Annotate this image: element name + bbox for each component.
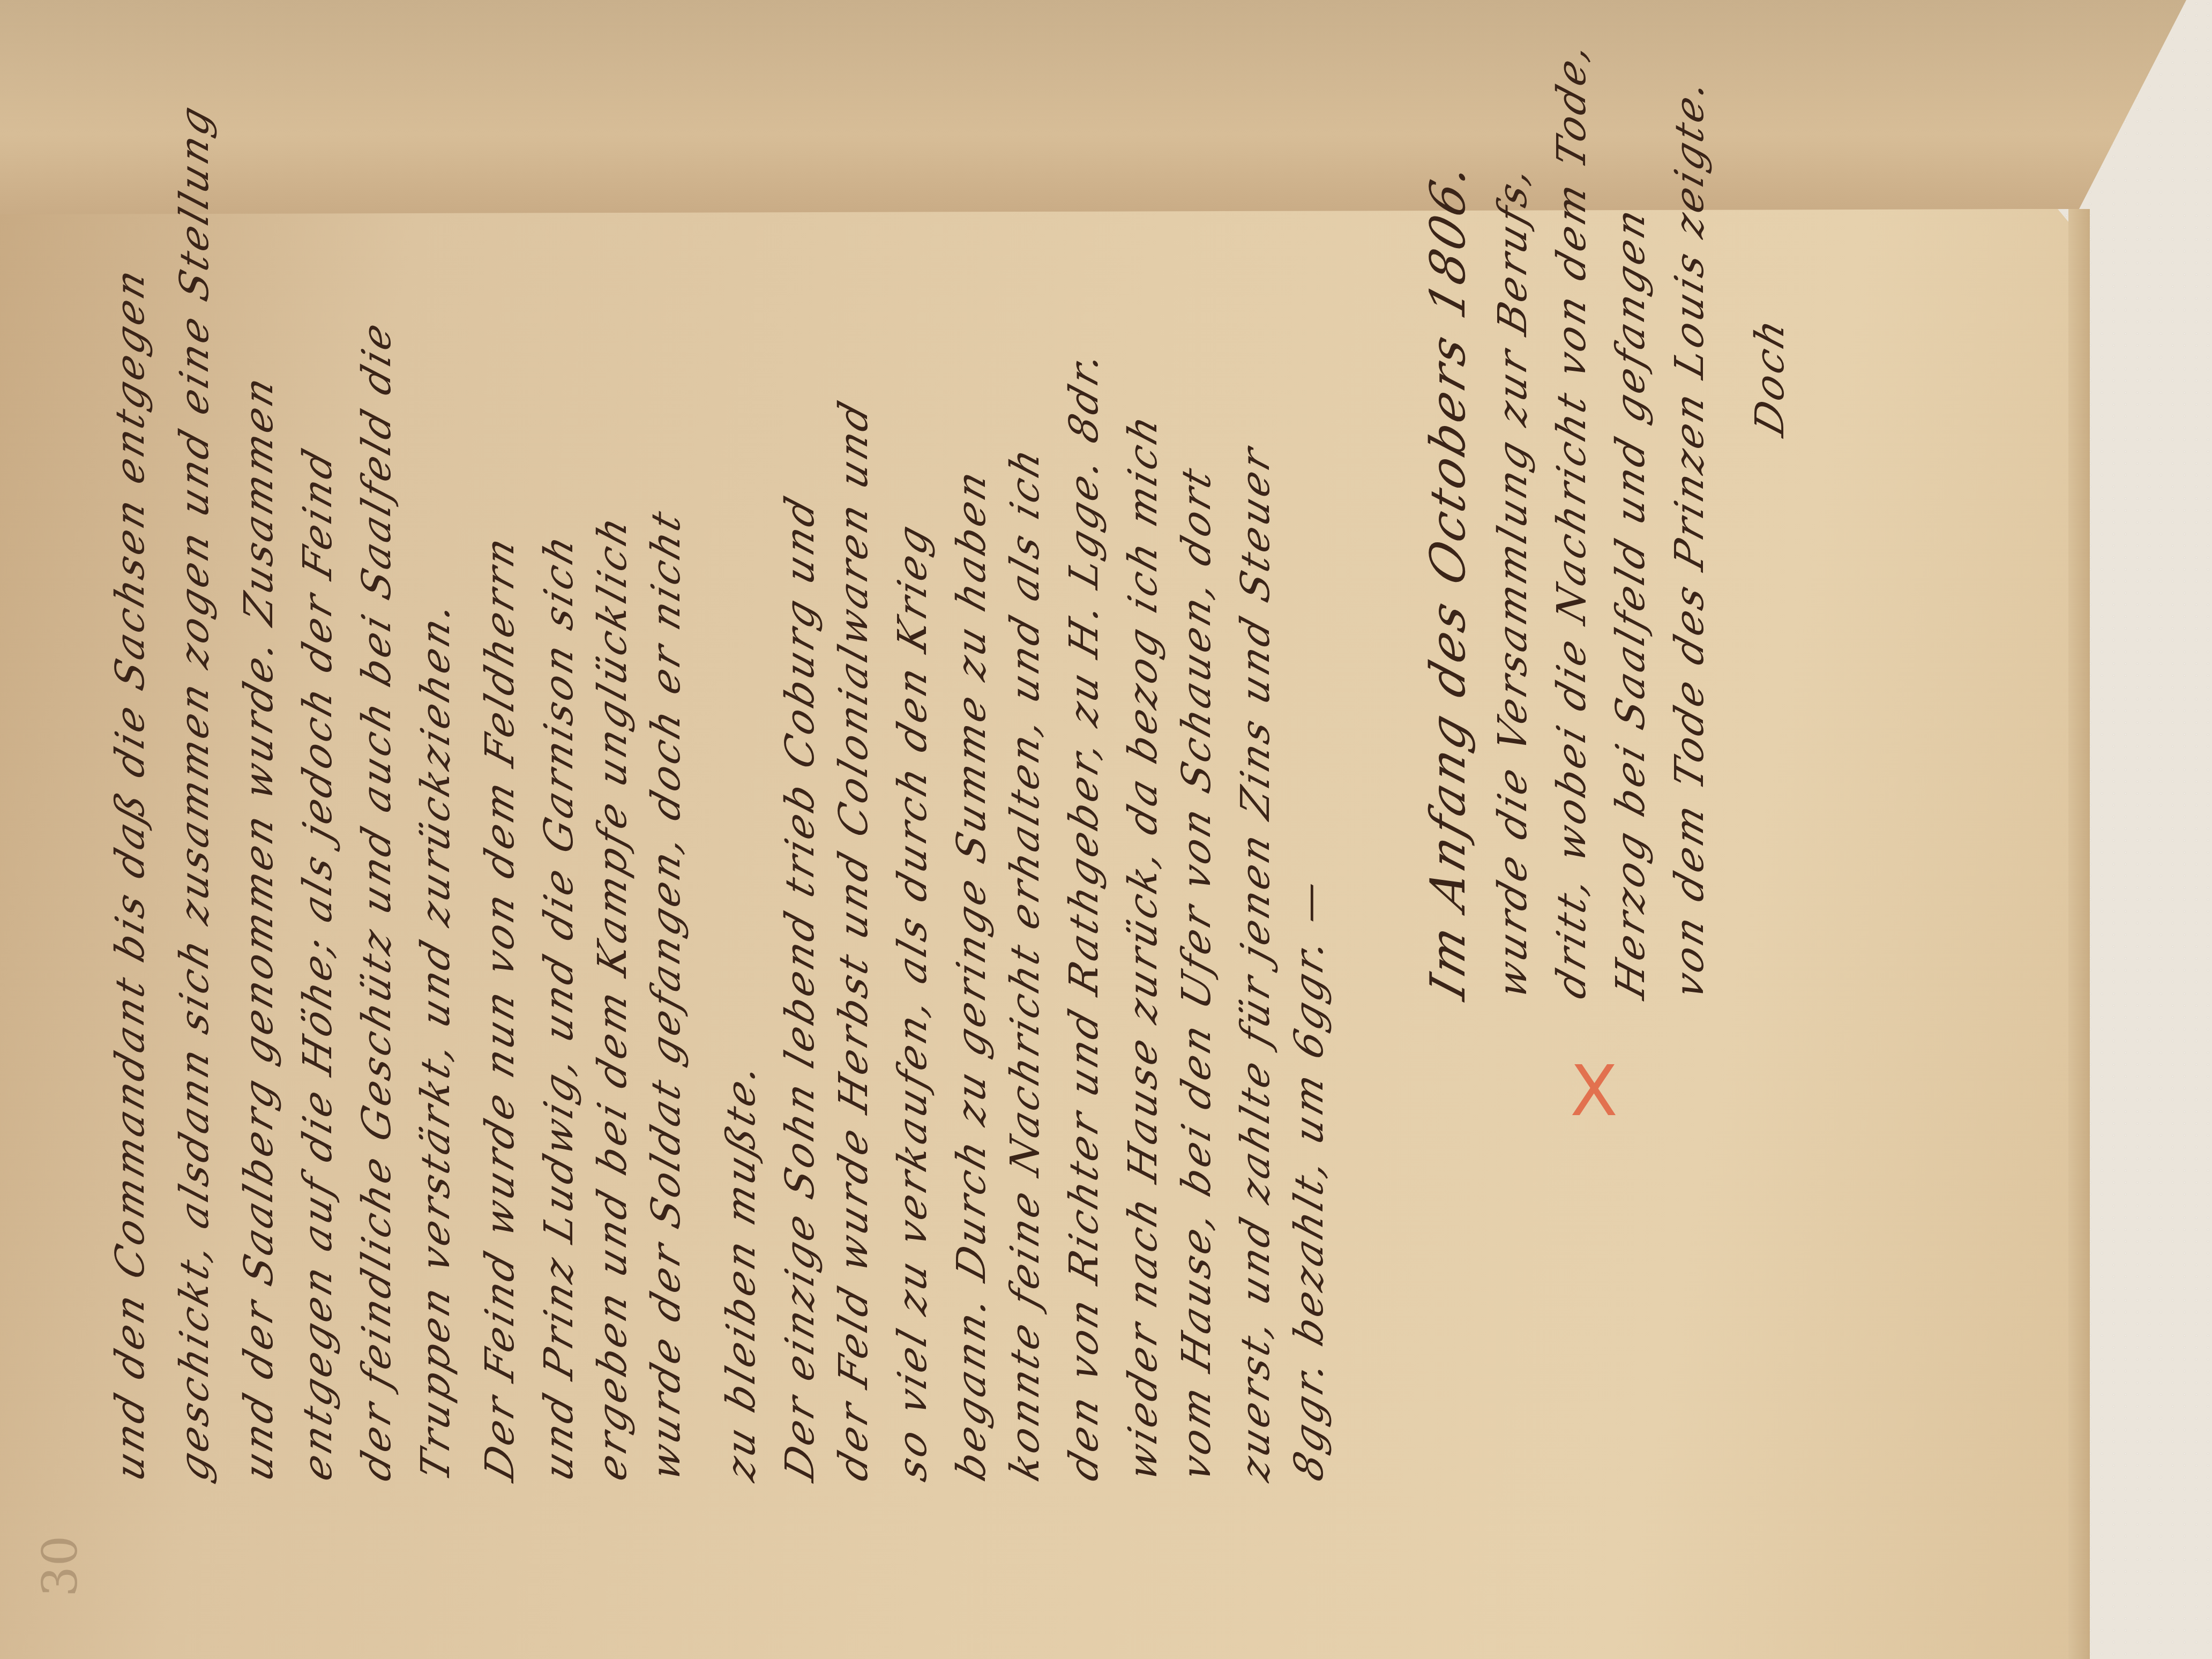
- text-line: 8ggr. bezahlt, um 6ggr. —: [1286, 871, 1332, 1486]
- text-line: von dem Tode des Prinzen Louis zeigte.: [1667, 71, 1713, 1004]
- text-line: konnte feine Nachricht erhalten, und als…: [1002, 439, 1048, 1486]
- margin-annotation: 30: [32, 1535, 88, 1597]
- text-line: begann. Durch zu geringe Summe zu haben: [948, 462, 995, 1486]
- section-heading-date: Im Anfang des Octobers 1806.: [1420, 153, 1476, 1006]
- text-line: zu bleiben mußte.: [718, 1055, 764, 1486]
- text-line: der feindliche Geschütz und auch bei Saa…: [354, 314, 400, 1486]
- text-line: Der Feind wurde nun von dem Feldherrn: [477, 529, 523, 1486]
- text-line: und der Saalberg genommen wurde. Zusamme…: [236, 368, 282, 1486]
- handwritten-text-block: und den Commandant bis daß die Sachsen e…: [107, 220, 2036, 1479]
- text-line: Der einzige Sohn lebend trieb Coburg und: [777, 489, 823, 1486]
- text-line: den von Richter und Rathgeber, zu H. Lgg…: [1061, 343, 1107, 1486]
- text-line: und Prinz Ludwig, und die Garnison sich: [536, 526, 582, 1486]
- text-line: zuerst, und zahlte für jenen Zins und St…: [1232, 439, 1279, 1486]
- page-edge: [2068, 209, 2090, 1659]
- text-line: wurde die Versammlung zur Berufs,: [1490, 158, 1536, 1004]
- text-line: dritt, wobei die Nachricht von dem Tode,: [1549, 34, 1595, 1004]
- text-line: so viel zu verkaufen, als durch den Krie…: [890, 517, 936, 1486]
- catchword: Doch: [1747, 310, 1793, 442]
- text-line: geschickt, alsdann sich zusammen zogen u…: [171, 98, 218, 1486]
- text-line: der Feld wurde Herbst und Colonialwaren …: [831, 393, 877, 1486]
- text-line: wieder nach Hause zurück, da bezog ich m…: [1120, 406, 1166, 1486]
- text-line: Truppen verstärkt, und zurückziehen.: [413, 593, 459, 1486]
- text-line: und den Commandant bis daß die Sachsen e…: [107, 260, 153, 1486]
- text-line: wurde der Soldat gefangen, doch er nicht: [643, 503, 689, 1486]
- text-line: entgegen auf die Höhe; als jedoch der Fe…: [295, 441, 341, 1486]
- red-cross-mark: X: [1570, 1050, 1618, 1132]
- text-line: Herzog bei Saalfeld und gefangen: [1608, 200, 1654, 1004]
- facing-page: [0, 0, 2212, 225]
- text-line: vom Hause, bei den Ufer von Schauen, dor…: [1174, 459, 1220, 1486]
- text-line: ergeben und bei dem Kampfe unglücklich: [589, 508, 636, 1486]
